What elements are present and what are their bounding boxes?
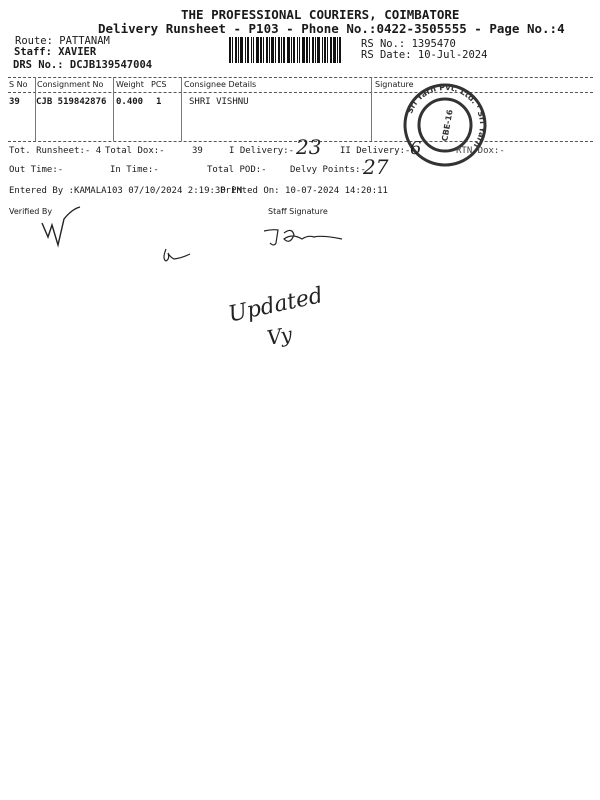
total-pod: Total POD:- [207,165,267,175]
staff-value: XAVIER [58,46,96,58]
cell-consignment: CJB 519842876 [36,97,106,107]
cell-pcs: 1 [156,97,161,107]
col-header-consignment: Consignment No [37,80,103,89]
delvy-points-label: Delvy Points:- [290,165,366,175]
total-dox-value: 39 [192,146,203,156]
rtn-dox-label: RTN Dox:- [456,146,505,156]
col-header-weight: Weight [116,80,144,89]
drs-field: DRS No.: DCJB139547004 [13,59,152,71]
handwritten-updated-note: Updated Vy [225,280,345,350]
i-delivery-label: I Delivery:- [229,146,294,156]
staff-field: Staff: XAVIER [14,46,96,58]
rs-date: RS Date: 10-Jul-2024 [361,49,487,61]
company-name: THE PROFESSIONAL COURIERS, COIMBATORE [181,7,459,22]
total-dox-label: Total Dox:- [105,146,165,156]
handwritten-initials-text: Vy [265,322,294,350]
col-divider [181,77,182,141]
table-top-divider [8,77,593,78]
out-time: Out Time:- [9,165,63,175]
col-header-consignee: Consignee Details [184,80,256,89]
table-header-divider [8,92,593,93]
col-header-pcs: PCS [151,80,167,89]
cell-consignee: SHRI VISHNU [189,97,249,107]
staff-signature-label: Staff Signature [268,207,328,216]
barcode [229,37,352,63]
delvy-points-handwritten: 27 [363,155,388,179]
col-divider [113,77,114,141]
printed-on: Printed On: 10-07-2024 14:20:11 [220,186,388,196]
i-delivery-handwritten: 23 [296,135,321,159]
col-divider [371,77,372,141]
drs-label: DRS No.: [13,59,64,71]
staff-label: Staff: [14,46,52,58]
ii-delivery-handwritten: 6 [410,138,421,159]
col-header-sno: S No [9,80,28,89]
drs-value: DCJB139547004 [70,59,152,71]
handwritten-note-text: Updated [226,283,325,327]
runsheet-title: Delivery Runsheet - P103 - Phone No.:042… [98,21,565,36]
entered-by: Entered By :KAMALA103 07/10/2024 2:19:30… [9,186,242,196]
verified-signature [38,205,88,250]
cell-weight: 0.400 [116,97,143,107]
staff-signature [262,225,347,250]
tot-runsheet: Tot. Runsheet:- 4 [9,146,101,156]
in-time: In Time:- [110,165,159,175]
cell-sno: 39 [9,97,20,107]
col-divider [35,77,36,141]
svg-text:CBE-16: CBE-16 [440,109,454,142]
initials-mark [160,245,200,265]
